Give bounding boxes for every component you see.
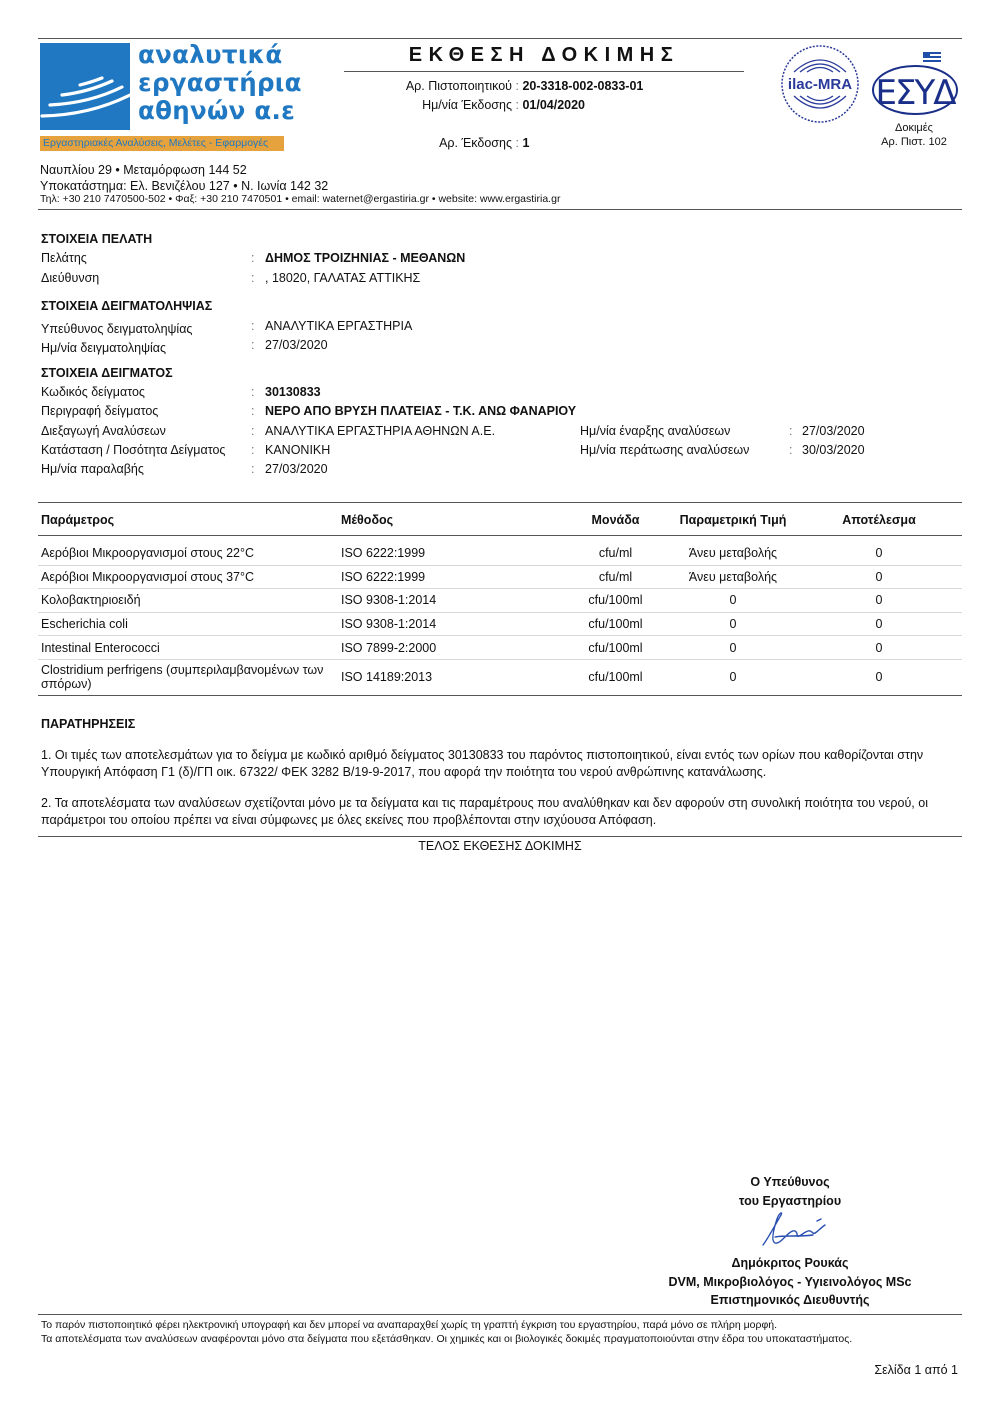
colon: : — [251, 319, 254, 333]
table-row: Escherichia coliISO 9308-1:2014cfu/100ml… — [38, 613, 962, 637]
issue-number-row: Αρ. Έκδοσης : 1 — [340, 136, 529, 150]
sample-description-label: Περιγραφή δείγματος — [41, 404, 158, 418]
signatory-name: Δημόκριτος Ρουκάς — [640, 1254, 940, 1273]
certificate-number-row: Αρ. Πιστοποιητικού : 20-3318-002-0833-01 — [340, 79, 643, 93]
client-address: , 18020, ΓΑΛΑΤΑΣ ΑΤΤΙΚΗΣ — [265, 271, 420, 285]
cell-unit: cfu/ml — [558, 546, 673, 560]
title-divider — [344, 71, 744, 72]
column-header-limit: Παραμετρική Τιμή — [668, 513, 798, 527]
remark-2: 2. Τα αποτελέσματα των αναλύσεων σχετίζο… — [41, 795, 961, 828]
cell-unit: cfu/ml — [558, 570, 673, 584]
page-number: Σελίδα 1 από 1 — [820, 1363, 958, 1377]
sample-condition: ΚΑΝΟΝΙΚΗ — [265, 443, 330, 457]
cell-result: 0 — [828, 670, 930, 684]
cell-parameter: Κολοβακτηριοειδή — [41, 593, 141, 607]
issue-date-row: Ημ/νία Έκδοσης : 01/04/2020 — [340, 98, 585, 112]
colon: : — [251, 271, 254, 285]
accreditation-scope: Δοκιμές — [862, 121, 966, 135]
remark-1: 1. Οι τιμές των αποτελεσμάτων για το δεί… — [41, 747, 961, 780]
table-header: Παράμετρος Μέθοδος Μονάδα Παραμετρική Τι… — [38, 502, 962, 536]
table-row: Αερόβιοι Μικροοργανισμοί στους 37°CISO 6… — [38, 566, 962, 590]
cell-method: ISO 6222:1999 — [341, 546, 425, 560]
sample-description: ΝΕΡΟ ΑΠΟ ΒΡΥΣΗ ΠΛΑΤΕΙΑΣ - Τ.Κ. ΑΝΩ ΦΑΝΑΡ… — [265, 404, 576, 418]
logo-wordmark: αναλυτικά εργαστήρια αθηνών α.ε — [138, 41, 302, 125]
sample-section-title: ΣΤΟΙΧΕΙΑ ΔΕΙΓΜΑΤΟΣ — [41, 366, 173, 380]
results-table: Παράμετρος Μέθοδος Μονάδα Παραμετρική Τι… — [38, 502, 962, 696]
table-row: Clostridium perfrigens (συμπεριλαμβανομέ… — [38, 660, 962, 696]
colon: : — [251, 251, 254, 265]
cell-limit: 0 — [668, 617, 798, 631]
address-line-2: Υποκατάστημα: Ελ. Βενιζέλου 127 • Ν. Ιων… — [40, 179, 328, 193]
certificate-number: 20-3318-002-0833-01 — [522, 79, 643, 93]
company-logo: αναλυτικά εργαστήρια αθηνών α.ε — [40, 43, 285, 131]
analysis-start-label: Ημ/νία έναρξης αναλύσεων — [580, 424, 730, 438]
footer-divider — [38, 1314, 962, 1315]
column-header-unit: Μονάδα — [558, 513, 673, 527]
column-header-parameter: Παράμετρος — [41, 513, 114, 527]
remarks-divider — [38, 836, 962, 837]
cell-parameter: Escherichia coli — [41, 617, 128, 631]
accreditation-caption: Δοκιμές Αρ. Πιστ. 102 — [862, 121, 966, 149]
table-body: Αερόβιοι Μικροοργανισμοί στους 22°CISO 6… — [38, 536, 962, 696]
cell-result: 0 — [828, 641, 930, 655]
footer-line-1: Το παρόν πιστοποιητικό φέρει ηλεκτρονική… — [41, 1319, 777, 1331]
logo-line: εργαστήρια — [138, 69, 302, 97]
cell-unit: cfu/100ml — [558, 593, 673, 607]
cell-method: ISO 7899-2:2000 — [341, 641, 436, 655]
cell-method: ISO 6222:1999 — [341, 570, 425, 584]
sampler-value: ΑΝΑΛΥΤΙΚΑ ΕΡΓΑΣΤΗΡΙΑ — [265, 319, 412, 333]
cell-unit: cfu/100ml — [558, 617, 673, 631]
sampling-section-title: ΣΤΟΙΧΕΙΑ ΔΕΙΓΜΑΤΟΛΗΨΙΑΣ — [41, 299, 212, 313]
table-row: Intestinal EnterococciISO 7899-2:2000cfu… — [38, 636, 962, 660]
signatory-credentials: DVM, Μικροβιολόγος - Υγιεινολόγος MSc — [640, 1273, 940, 1292]
svg-text:ΕΣΥΔ: ΕΣΥΔ — [876, 73, 957, 113]
sample-code-label: Κωδικός δείγματος — [41, 385, 145, 399]
client-name: ΔΗΜΟΣ ΤΡΟΙΖΗΝΙΑΣ - ΜΕΘΑΝΩΝ — [265, 251, 465, 265]
issue-number: 1 — [522, 136, 529, 150]
address-line-1: Ναυπλίου 29 • Μεταμόρφωση 144 52 — [40, 163, 247, 177]
issue-date: 01/04/2020 — [522, 98, 585, 112]
colon: : — [251, 385, 254, 399]
colon: : — [251, 404, 254, 418]
cell-unit: cfu/100ml — [558, 670, 673, 684]
svg-text:ilac-MRA: ilac-MRA — [788, 76, 852, 93]
sampling-date: 27/03/2020 — [265, 338, 328, 352]
certificate-label: Αρ. Πιστοποιητικού — [340, 79, 512, 93]
analysis-end-label: Ημ/νία περάτωσης αναλύσεων — [580, 443, 749, 457]
logo-line: αναλυτικά — [138, 41, 302, 69]
client-section-title: ΣΤΟΙΧΕΙΑ ΠΕΛΑΤΗ — [41, 232, 152, 246]
footer-line-2: Τα αποτελέσματα των αναλύσεων αναφέροντα… — [41, 1333, 852, 1345]
end-of-report: ΤΕΛΟΣ ΕΚΘΕΣΗΣ ΔΟΚΙΜΗΣ — [38, 839, 962, 853]
sampling-date-label: Ημ/νία δειγματοληψίας — [41, 341, 166, 355]
colon: : — [251, 424, 254, 438]
column-header-method: Μέθοδος — [341, 513, 393, 527]
cell-parameter: Intestinal Enterococci — [41, 641, 160, 655]
cell-limit: Άνευ μεταβολής — [668, 546, 798, 560]
client-label: Πελάτης — [41, 251, 87, 265]
analysis-lab-label: Διεξαγωγή Αναλύσεων — [41, 424, 166, 438]
cell-limit: 0 — [668, 641, 798, 655]
esyd-logo-icon: ΕΣΥΔ — [871, 52, 959, 116]
table-row: Αερόβιοι Μικροοργανισμοί στους 22°CISO 6… — [38, 542, 962, 566]
cell-limit: 0 — [668, 670, 798, 684]
remarks-title: ΠΑΡΑΤΗΡΗΣΕΙΣ — [41, 717, 135, 731]
cell-unit: cfu/100ml — [558, 641, 673, 655]
logo-line: αθηνών α.ε — [138, 97, 302, 125]
signature-title-1: Ο Υπεύθυνος — [640, 1173, 940, 1192]
table-row: ΚολοβακτηριοειδήISO 9308-1:2014cfu/100ml… — [38, 589, 962, 613]
top-divider — [38, 38, 962, 39]
report-title: ΕΚΘΕΣΗ ΔΟΚΙΜΗΣ — [345, 44, 743, 67]
accreditation-number: Αρ. Πιστ. 102 — [862, 135, 966, 149]
analysis-start-date: 27/03/2020 — [802, 424, 865, 438]
cell-method: ISO 9308-1:2014 — [341, 593, 436, 607]
sampler-label: Υπεύθυνος δειγματοληψίας — [41, 322, 192, 336]
cell-result: 0 — [828, 546, 930, 560]
cell-limit: 0 — [668, 593, 798, 607]
header-divider — [38, 209, 962, 210]
contact-line: Τηλ: +30 210 7470500-502 • Φαξ: +30 210 … — [40, 193, 560, 205]
colon: : — [251, 462, 254, 476]
colon: : — [251, 443, 254, 457]
colon: : — [251, 338, 254, 352]
handwritten-signature-icon — [755, 1207, 835, 1251]
cell-parameter: Αερόβιοι Μικροοργανισμοί στους 37°C — [41, 570, 254, 584]
receipt-date: 27/03/2020 — [265, 462, 328, 476]
analysis-end-date: 30/03/2020 — [802, 443, 865, 457]
cell-parameter: Clostridium perfrigens (συμπεριλαμβανομέ… — [41, 663, 331, 691]
cell-limit: Άνευ μεταβολής — [668, 570, 798, 584]
cell-result: 0 — [828, 617, 930, 631]
cell-parameter: Αερόβιοι Μικροοργανισμοί στους 22°C — [41, 546, 254, 560]
colon: : — [789, 424, 792, 438]
colon: : — [789, 443, 792, 457]
cell-result: 0 — [828, 593, 930, 607]
issue-number-label: Αρ. Έκδοσης — [340, 136, 512, 150]
issue-date-label: Ημ/νία Έκδοσης — [340, 98, 512, 112]
cell-method: ISO 9308-1:2014 — [341, 617, 436, 631]
signatory-role: Επιστημονικός Διευθυντής — [640, 1291, 940, 1310]
ilac-mra-logo-icon: ilac-MRA — [780, 44, 860, 124]
sample-condition-label: Κατάσταση / Ποσότητα Δείγματος — [41, 443, 225, 457]
receipt-date-label: Ημ/νία παραλαβής — [41, 462, 144, 476]
analysis-lab: ΑΝΑΛΥΤΙΚΑ ΕΡΓΑΣΤΗΡΙΑ ΑΘΗΝΩΝ Α.Ε. — [265, 424, 495, 438]
cell-result: 0 — [828, 570, 930, 584]
cell-method: ISO 14189:2013 — [341, 670, 432, 684]
address-label: Διεύθυνση — [41, 271, 99, 285]
sample-code: 30130833 — [265, 385, 321, 399]
logo-tagline: Εργαστηριακές Αναλύσεις, Μελέτες - Εφαρμ… — [40, 136, 284, 151]
waves-logo-icon — [40, 43, 130, 130]
column-header-result: Αποτέλεσμα — [828, 513, 930, 527]
